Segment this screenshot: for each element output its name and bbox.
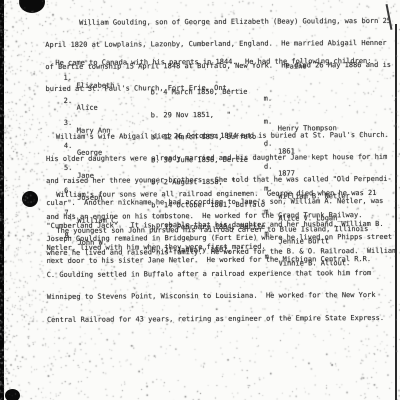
child-name: Elizabeth xyxy=(77,82,115,90)
text-line: William's four sons were all railroad en… xyxy=(46,190,398,200)
child-event-code: m. xyxy=(264,96,272,103)
scanned-document-page: William Goulding, son of George and Eliz… xyxy=(0,0,400,400)
scan-edge-right-line xyxy=(395,24,397,400)
text-line: His older daughters were already married… xyxy=(46,154,398,164)
child-number: 1. xyxy=(63,75,71,82)
text-line: C. Goulding settled in Buffalo after a r… xyxy=(47,270,399,280)
scan-edge-left-bar xyxy=(0,0,4,400)
document-text: William Goulding, son of George and Eliz… xyxy=(45,0,398,111)
punch-hole-middle xyxy=(22,191,38,207)
child-spouse: Paine xyxy=(285,63,306,71)
text-line: Central Railroad for 43 years, retiring … xyxy=(47,315,399,325)
text-line: where he lived and raised his family. He… xyxy=(47,248,399,258)
paragraph-4: The youngest son John pursued his railro… xyxy=(46,211,399,339)
child-name: Alice xyxy=(77,105,98,113)
punch-hole-top xyxy=(19,0,45,13)
text-line: Winnipeg to Stevens Point, Wisconsin to … xyxy=(47,292,399,302)
text-line: William Goulding, son of George and Eliz… xyxy=(45,18,397,28)
child-row: 2. Alice b. 29 Nov 1851, " m. Henry Thom… xyxy=(46,88,398,98)
child-row: 1. Elizabeth b. 4 March 1850, Bertie m. … xyxy=(45,66,397,76)
text-line: William's wife Abigail died 26 October 1… xyxy=(46,132,398,142)
text-line: The youngest son John pursued his railro… xyxy=(46,226,398,236)
punch-hole-bottom xyxy=(5,389,20,400)
child-number: 2. xyxy=(64,98,72,105)
